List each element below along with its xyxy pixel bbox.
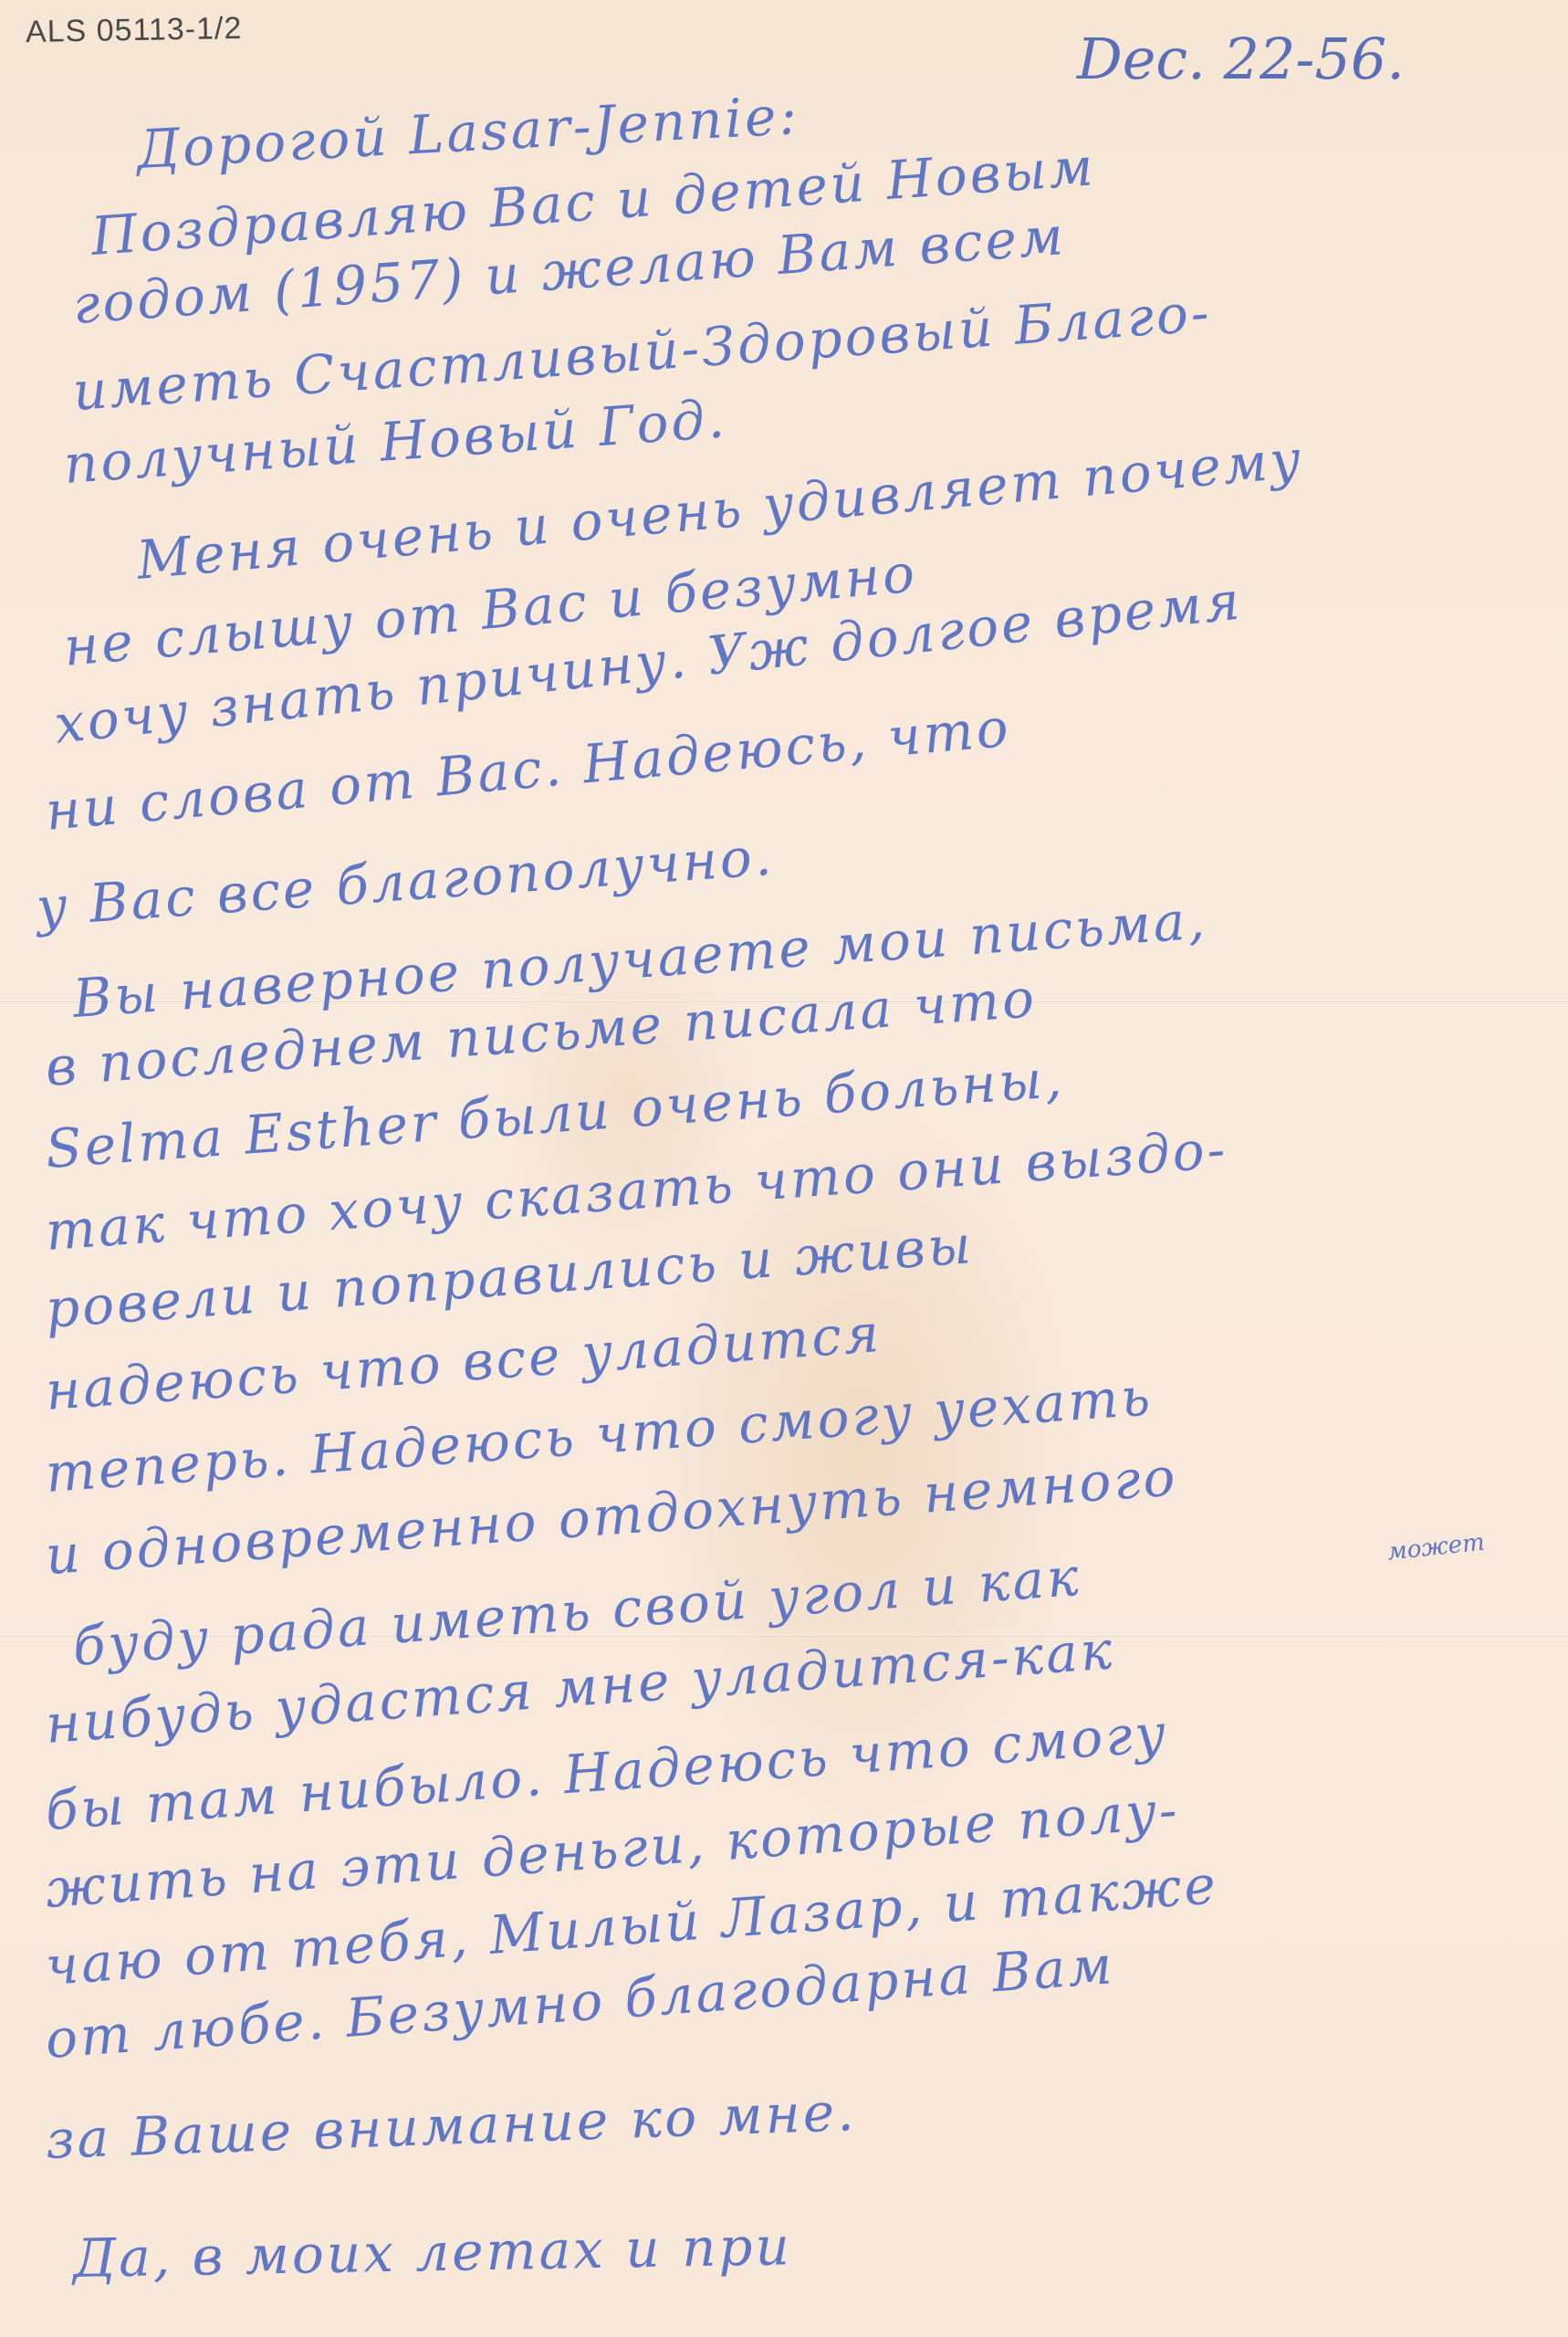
letter-date: Dec. 22-56. [1077,26,1405,92]
letter-line: за Ваше внимание ко мне. [45,2080,858,2171]
archive-id: ALS 05113-1/2 [26,11,243,50]
interlinear-insertion: может [1386,1528,1486,1566]
letter-line: у Вас все благополучно. [35,825,777,938]
letter-page: ALS 05113-1/2 Dec. 22-56. Дорогой Lasar-… [0,0,1568,2337]
letter-line: Да, в моих летах и при [72,2215,792,2290]
